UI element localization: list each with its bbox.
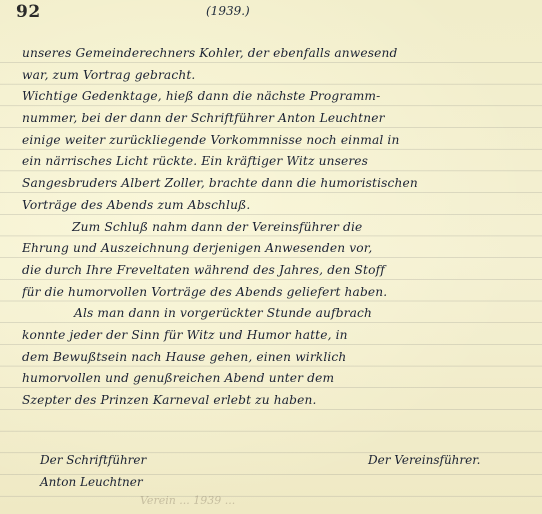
text-line: dem Bewußtsein nach Hause gehen, einen w… <box>22 347 537 369</box>
handwritten-minutes: unseres Gemeinderechners Kohler, der ebe… <box>22 43 537 412</box>
bleed-through-ink: Verein ... 1939 ... <box>140 494 400 512</box>
text-line: Szepter des Prinzen Karneval erlebt zu h… <box>22 390 537 412</box>
text-line: konnte jeder der Sinn für Witz und Humor… <box>22 325 537 347</box>
text-line: humorvollen und genußreichen Abend unter… <box>22 368 537 390</box>
text-line: einige weiter zurückliegende Vorkommniss… <box>22 130 537 152</box>
text-line: ein närrisches Licht rückte. Ein kräftig… <box>22 151 537 173</box>
text-line: Wichtige Gedenktage, hieß dann die nächs… <box>22 86 537 108</box>
text-line: nummer, bei der dann der Schriftführer A… <box>22 108 537 130</box>
text-line: Vorträge des Abends zum Abschluß. <box>22 195 537 217</box>
year-header: (1939.) <box>206 4 250 18</box>
text-line: Als man dann in vorgerückter Stunde aufb… <box>22 303 537 325</box>
signature-secretary: Der Schriftführer Anton Leuchtner <box>40 450 146 493</box>
text-line: für die humorvollen Vorträge des Abends … <box>22 282 537 304</box>
text-line: unseres Gemeinderechners Kohler, der ebe… <box>22 43 537 65</box>
notebook-page: 92 (1939.) unseres Gemeinderechners Kohl… <box>0 0 542 514</box>
text-line: Sangesbruders Albert Zoller, brachte dan… <box>22 173 537 195</box>
signature-chairman: Der Vereinsführer. <box>368 450 480 472</box>
text-line: die durch Ihre Frevel­taten während des … <box>22 260 537 282</box>
signature-title: Der Vereinsführer. <box>368 450 480 472</box>
text-line: war, zum Vortrag gebracht. <box>22 65 537 87</box>
signature-title: Der Schriftführer <box>40 450 146 472</box>
signature-name: Anton Leuchtner <box>40 472 146 494</box>
text-line: Ehrung und Auszeichnung derjenigen Anwes… <box>22 238 537 260</box>
page-number: 92 <box>16 2 41 22</box>
text-line: Zum Schluß nahm dann der Vereinsführer d… <box>22 217 537 239</box>
